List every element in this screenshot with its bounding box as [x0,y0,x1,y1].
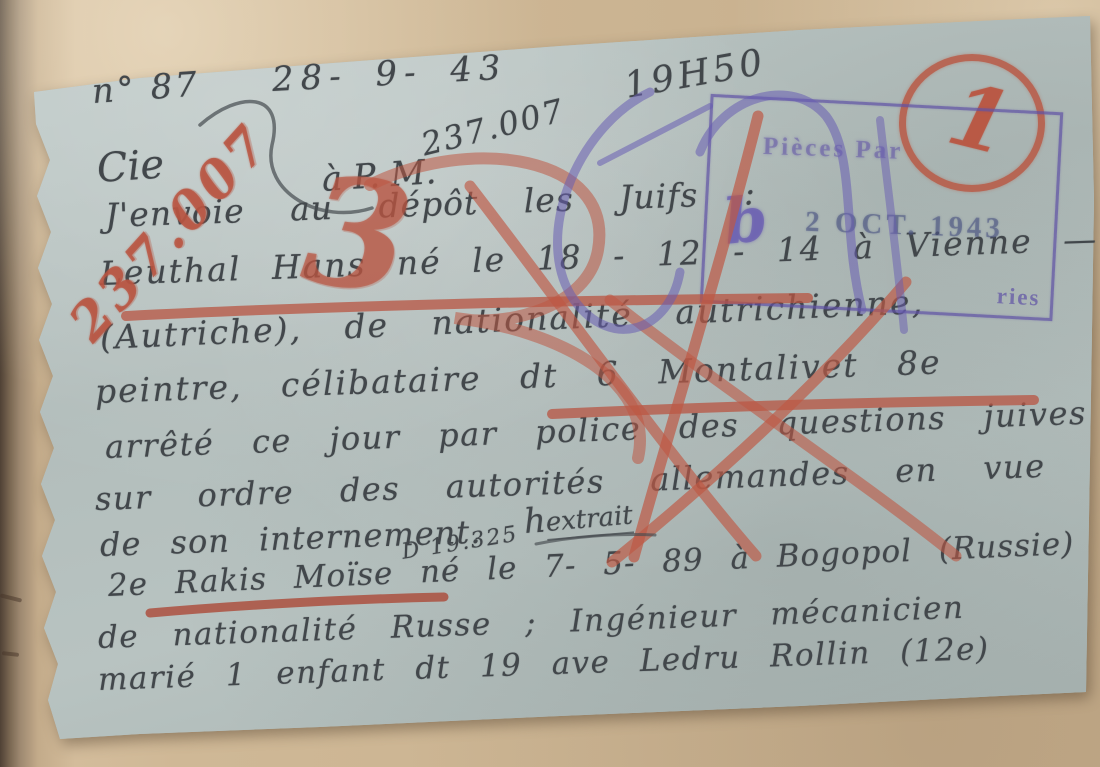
red-underline-rakis [150,597,444,613]
crayon-stroke-overlay [0,0,1100,767]
violet-scribble-stroke [700,95,862,310]
pencil-flourish-stroke [200,101,372,212]
album-page-background: n° 87 28- 9- 43 19H50 Cie à P. M. 237.00… [0,0,1100,767]
red-crossout-stroke [612,282,906,562]
